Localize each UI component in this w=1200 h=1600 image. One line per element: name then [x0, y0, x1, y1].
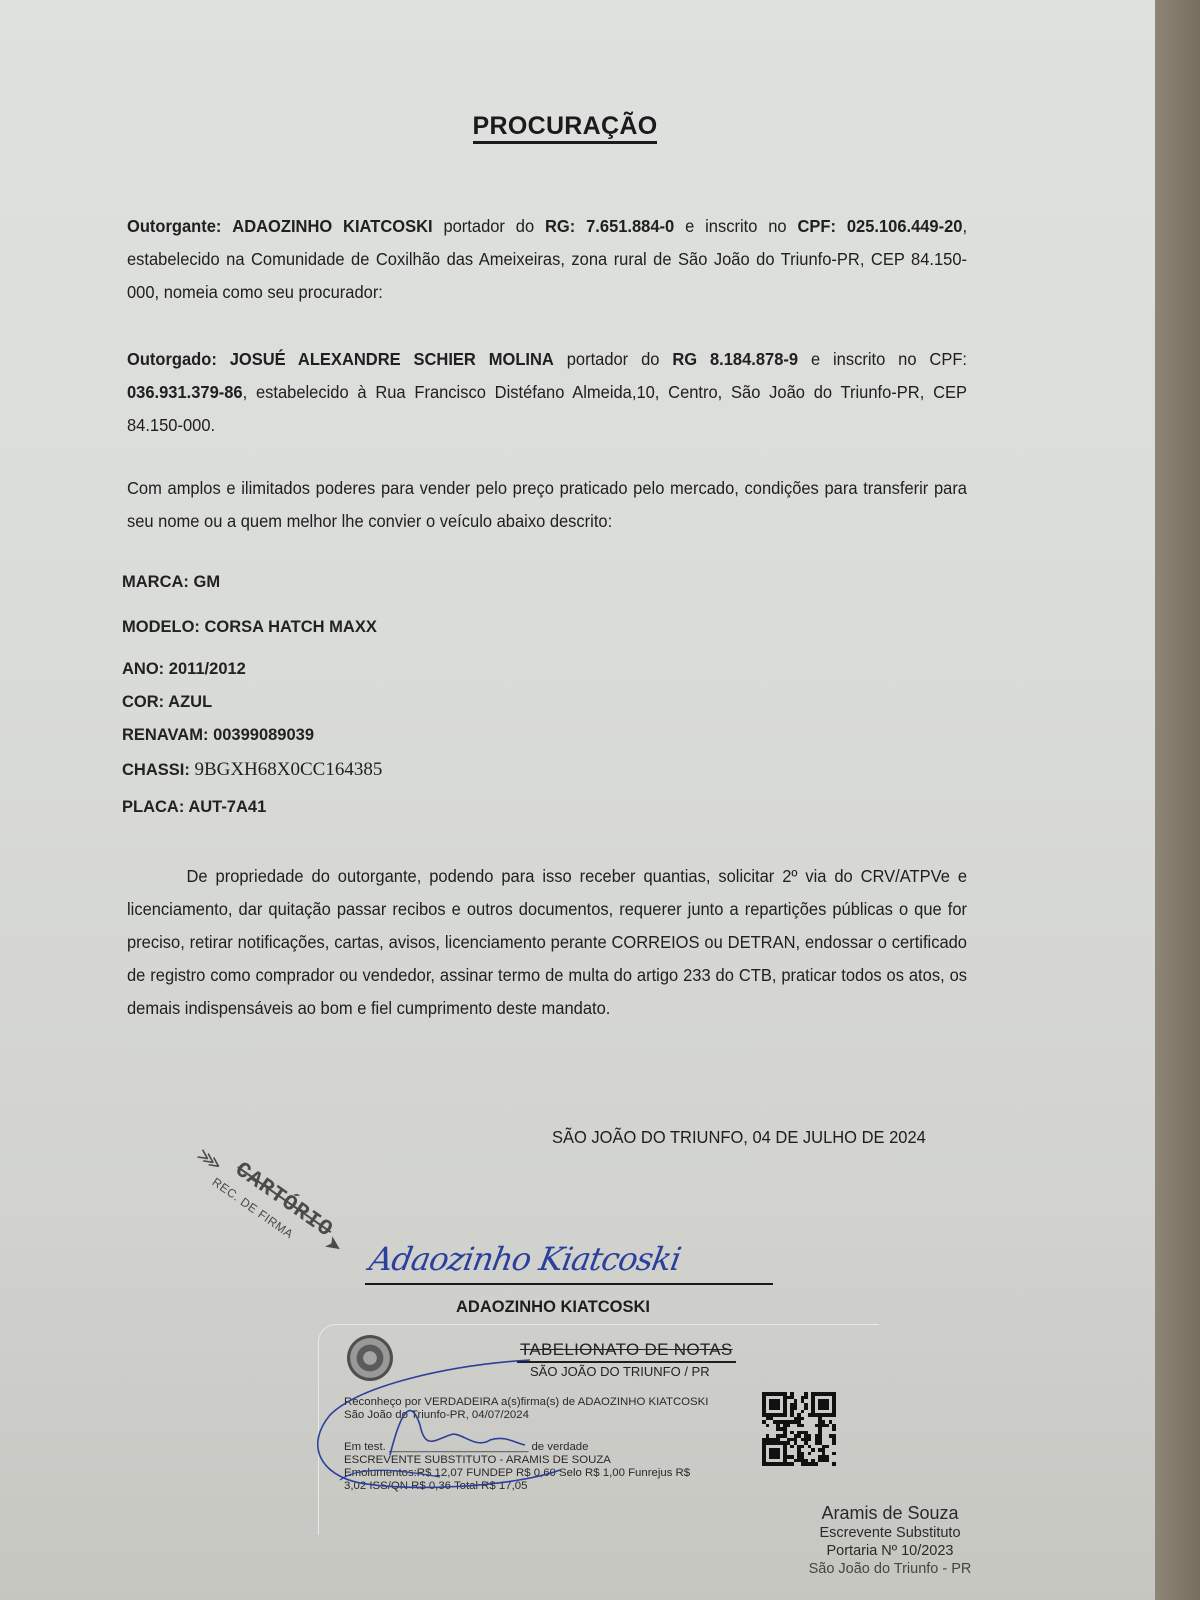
notary-fees: Emolumentos:R$ 12,07 FUNDEP R$ 0,60 Selo… [344, 1467, 690, 1479]
vehicle-modelo: MODELO: CORSA HATCH MAXX [122, 618, 377, 637]
vehicle-cor: COR: AZUL [122, 693, 212, 712]
powers-detail: De propriedade do outorgante, podendo pa… [127, 860, 967, 1025]
outorgante-paragraph: Outorgante: ADAOZINHO KIATCOSKI portador… [127, 210, 967, 309]
notary-recognition: Reconheço por VERDADEIRA a(s)firma(s) de… [344, 1396, 708, 1408]
place-date: SÃO JOÃO DO TRIUNFO, 04 DE JULHO DE 2024 [552, 1127, 926, 1148]
notary-title: TABELIONATO DE NOTAS [517, 1340, 736, 1363]
signature-line [365, 1283, 773, 1285]
notary-fees-total: 3,02 ISS/QN R$ 0,36 Total R$ 17,05 [344, 1480, 527, 1492]
notary-place-date: São João do Triunfo-PR, 04/07/2024 [344, 1409, 529, 1421]
document-title: PROCURAÇÃO [0, 112, 1130, 141]
coat-of-arms-icon [347, 1335, 393, 1381]
vehicle-placa: PLACA: AUT-7A41 [122, 798, 266, 817]
qr-code[interactable] [762, 1392, 836, 1466]
official-portaria: Portaria Nº 10/2023 [800, 1543, 980, 1559]
notary-witness: Em test. ______________________ de verda… [344, 1441, 588, 1453]
signer-name: ADAOZINHO KIATCOSKI [456, 1298, 650, 1317]
powers-intro: Com amplos e ilimitados poderes para ven… [127, 472, 967, 538]
official-role: Escrevente Substituto [800, 1525, 980, 1541]
notary-subtitle: SÃO JOÃO DO TRIUNFO / PR [530, 1364, 710, 1379]
vehicle-chassi: CHASSI: 9BGXH68X0CC164385 [122, 759, 382, 781]
official-city: São João do Triunfo - PR [800, 1561, 980, 1577]
notary-clerk: ESCREVENTE SUBSTITUTO - ARAMIS DE SOUZA [344, 1454, 611, 1466]
background-surface [1155, 0, 1200, 1600]
vehicle-renavam: RENAVAM: 00399089039 [122, 726, 314, 745]
vehicle-marca: MARCA: GM [122, 573, 220, 592]
handwritten-signature: Adaozinho Kiatcoski [367, 1240, 684, 1278]
vehicle-ano: ANO: 2011/2012 [122, 660, 246, 679]
outorgado-paragraph: Outorgado: JOSUÉ ALEXANDRE SCHIER MOLINA… [127, 343, 967, 442]
official-name: Aramis de Souza [800, 1503, 980, 1524]
